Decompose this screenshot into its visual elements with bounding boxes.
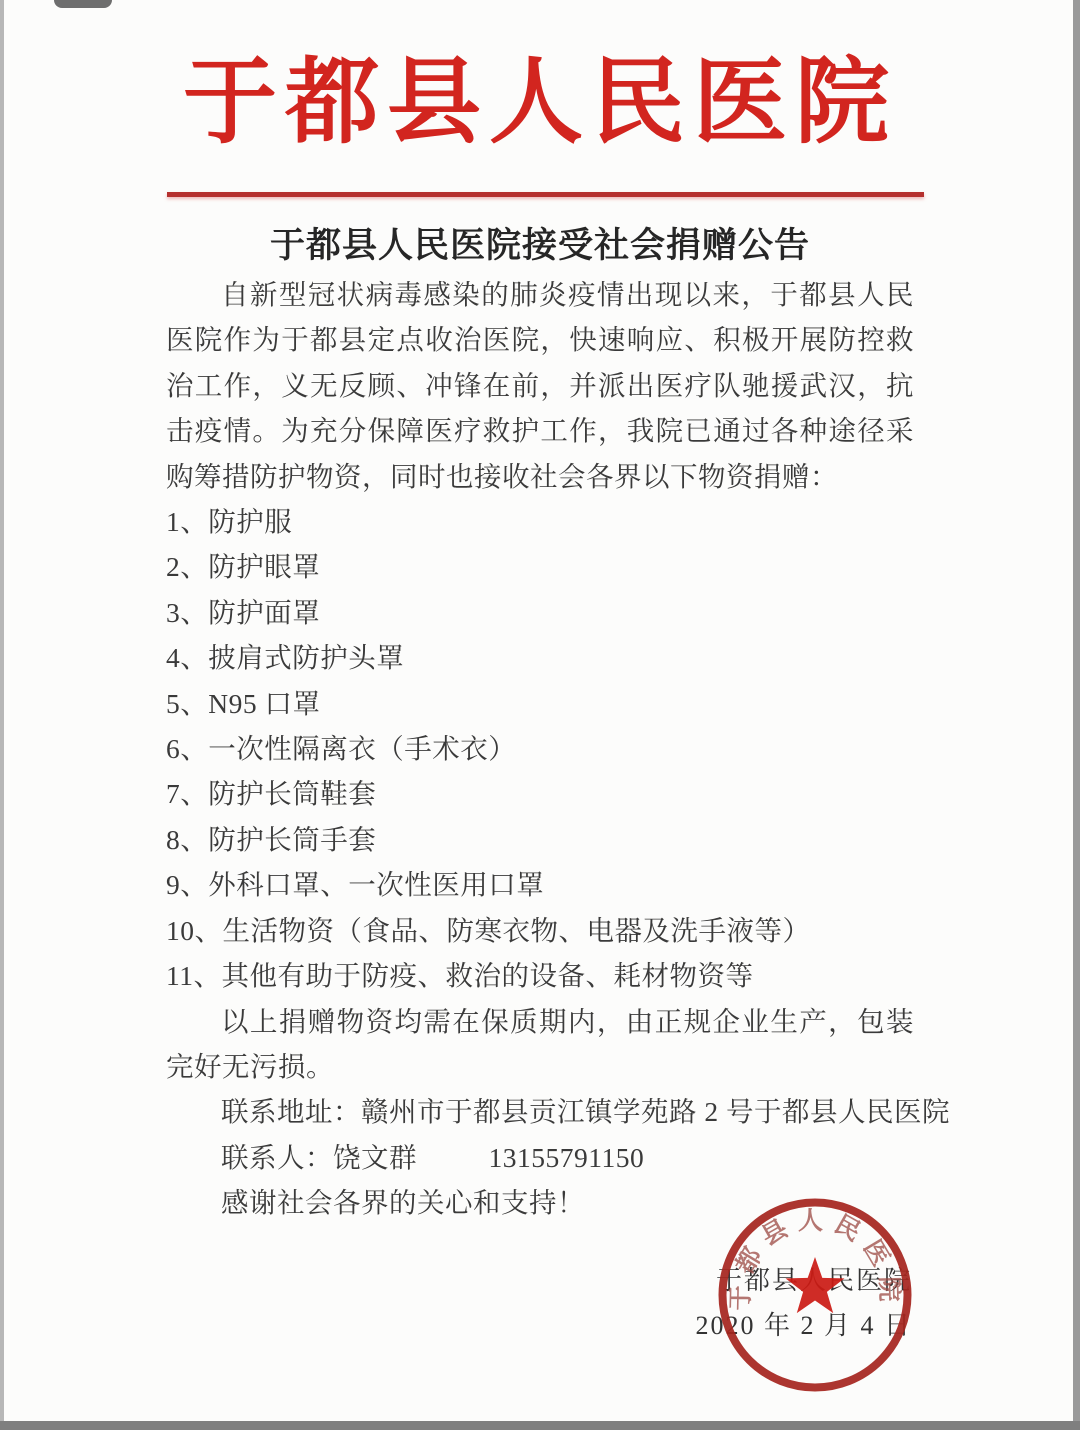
intro-paragraph: 自新型冠状病毒感染的肺炎疫情出现以来，于都县人民医院作为于都县定点收治医院，快速… bbox=[166, 272, 914, 499]
scan-edge-right bbox=[1073, 0, 1080, 1430]
contact-person-label: 联系人： bbox=[221, 1142, 333, 1173]
official-seal-stamp: 于都县人民医院 bbox=[704, 1184, 926, 1406]
viewer-corner-artifact bbox=[54, 0, 112, 8]
contact-address-value: 赣州市于都县贡江镇学苑路 2 号于都县人民医院 bbox=[361, 1096, 950, 1127]
contact-address-line: 联系地址：赣州市于都县贡江镇学苑路 2 号于都县人民医院 bbox=[166, 1089, 914, 1134]
list-item: 9、外科口罩、一次性医用口罩 bbox=[166, 862, 914, 907]
list-item: 10、生活物资（食品、防寒衣物、电器及洗手液等） bbox=[166, 908, 914, 953]
list-item: 6、一次性隔离衣（手术衣） bbox=[166, 726, 914, 771]
list-item: 7、防护长筒鞋套 bbox=[166, 771, 914, 816]
list-item: 1、防护服 bbox=[166, 499, 914, 544]
list-item: 11、其他有助于防疫、救治的设备、耗材物资等 bbox=[166, 953, 914, 998]
document-body: 自新型冠状病毒感染的肺炎疫情出现以来，于都县人民医院作为于都县定点收治医院，快速… bbox=[166, 272, 914, 1226]
contact-person-line: 联系人：饶文群13155791150 bbox=[166, 1135, 914, 1180]
list-item: 5、N95 口罩 bbox=[166, 681, 914, 726]
list-item: 8、防护长筒手套 bbox=[166, 817, 914, 862]
list-item: 2、防护眼罩 bbox=[166, 544, 914, 589]
list-item: 4、披肩式防护头罩 bbox=[166, 635, 914, 680]
contact-address-label: 联系地址： bbox=[221, 1096, 361, 1127]
announcement-document: 于都县人民医院 于都县人民医院接受社会捐赠公告 自新型冠状病毒感染的肺炎疫情出现… bbox=[0, 0, 1080, 1430]
contact-person-name: 饶文群 bbox=[333, 1142, 417, 1173]
header-divider-rule bbox=[167, 192, 924, 197]
list-item: 3、防护面罩 bbox=[166, 590, 914, 635]
contact-phone-number: 13155791150 bbox=[489, 1142, 645, 1173]
quality-requirement-paragraph: 以上捐赠物资均需在保质期内，由正规企业生产，包装完好无污损。 bbox=[166, 999, 914, 1090]
scan-edge-left bbox=[0, 0, 4, 1430]
hospital-name-header: 于都县人民医院 bbox=[0, 26, 1080, 161]
donation-items-list: 1、防护服 2、防护眼罩 3、防护面罩 4、披肩式防护头罩 5、N95 口罩 6… bbox=[166, 499, 914, 998]
announcement-title: 于都县人民医院接受社会捐赠公告 bbox=[0, 218, 1080, 268]
scan-edge-bottom bbox=[0, 1421, 1080, 1430]
seal-star-icon bbox=[786, 1257, 845, 1313]
